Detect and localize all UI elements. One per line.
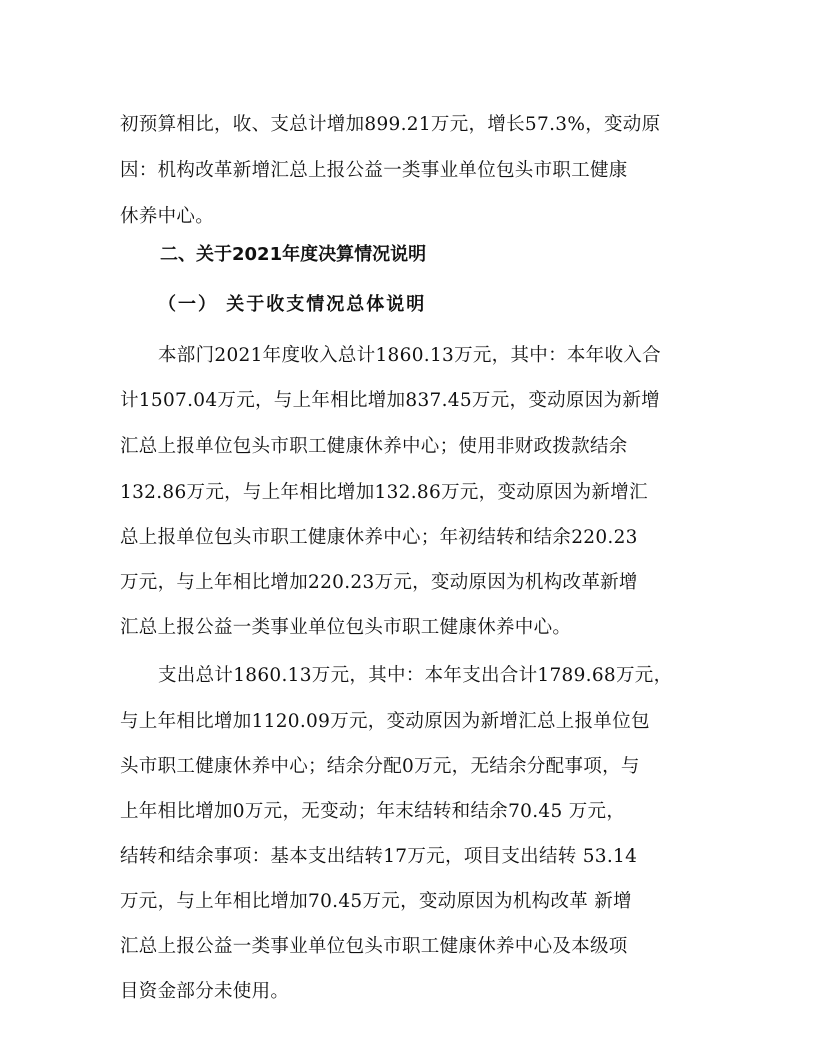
section-heading: 二、关于2021年度决算情况说明 [160,244,426,266]
text-line: 头市职工健康休养中心；结余分配0万元，无结余分配事项，与 [120,756,700,778]
text-line: 休养中心。 [120,206,700,228]
text-line: 132.86万元，与上年相比增加132.86万元，变动原因为新增汇 [120,482,700,504]
text-line: 万元，与上年相比增加70.45万元，变动原因为机构改革 新增 [120,891,700,913]
text-line: 汇总上报单位包头市职工健康休养中心；使用非财政拨款结余 [120,436,700,458]
document-page: 初预算相比，收、支总计增加899.21万元，增长57.3%，变动原 因：机构改革… [0,0,816,1056]
text-line: 本部门2021年度收入总计1860.13万元，其中：本年收入合 [158,345,738,367]
text-line: 支出总计1860.13万元，其中：本年支出合计1789.68万元， [158,665,738,687]
text-line: 总上报单位包头市职工健康休养中心；年初结转和结余220.23 [120,527,700,549]
text-line: 汇总上报公益一类事业单位包头市职工健康休养中心及本级项 [120,936,700,958]
sub-heading: （一） 关于收支情况总体说明 [158,294,426,316]
text-line: 因：机构改革新增汇总上报公益一类事业单位包头市职工健康 [120,160,700,182]
text-line: 计1507.04万元，与上年相比增加837.45万元，变动原因为新增 [120,390,700,412]
text-line: 万元，与上年相比增加220.23万元，变动原因为机构改革新增 [120,572,700,594]
text-line: 与上年相比增加1120.09万元，变动原因为新增汇总上报单位包 [120,711,700,733]
text-line: 初预算相比，收、支总计增加899.21万元，增长57.3%，变动原 [120,114,700,136]
text-line: 汇总上报公益一类事业单位包头市职工健康休养中心。 [120,617,700,639]
text-line: 目资金部分未使用。 [120,981,700,1003]
text-line: 结转和结余事项：基本支出结转17万元，项目支出结转 53.14 [120,846,700,868]
text-line: 上年相比增加0万元，无变动；年末结转和结余70.45 万元， [120,801,700,823]
